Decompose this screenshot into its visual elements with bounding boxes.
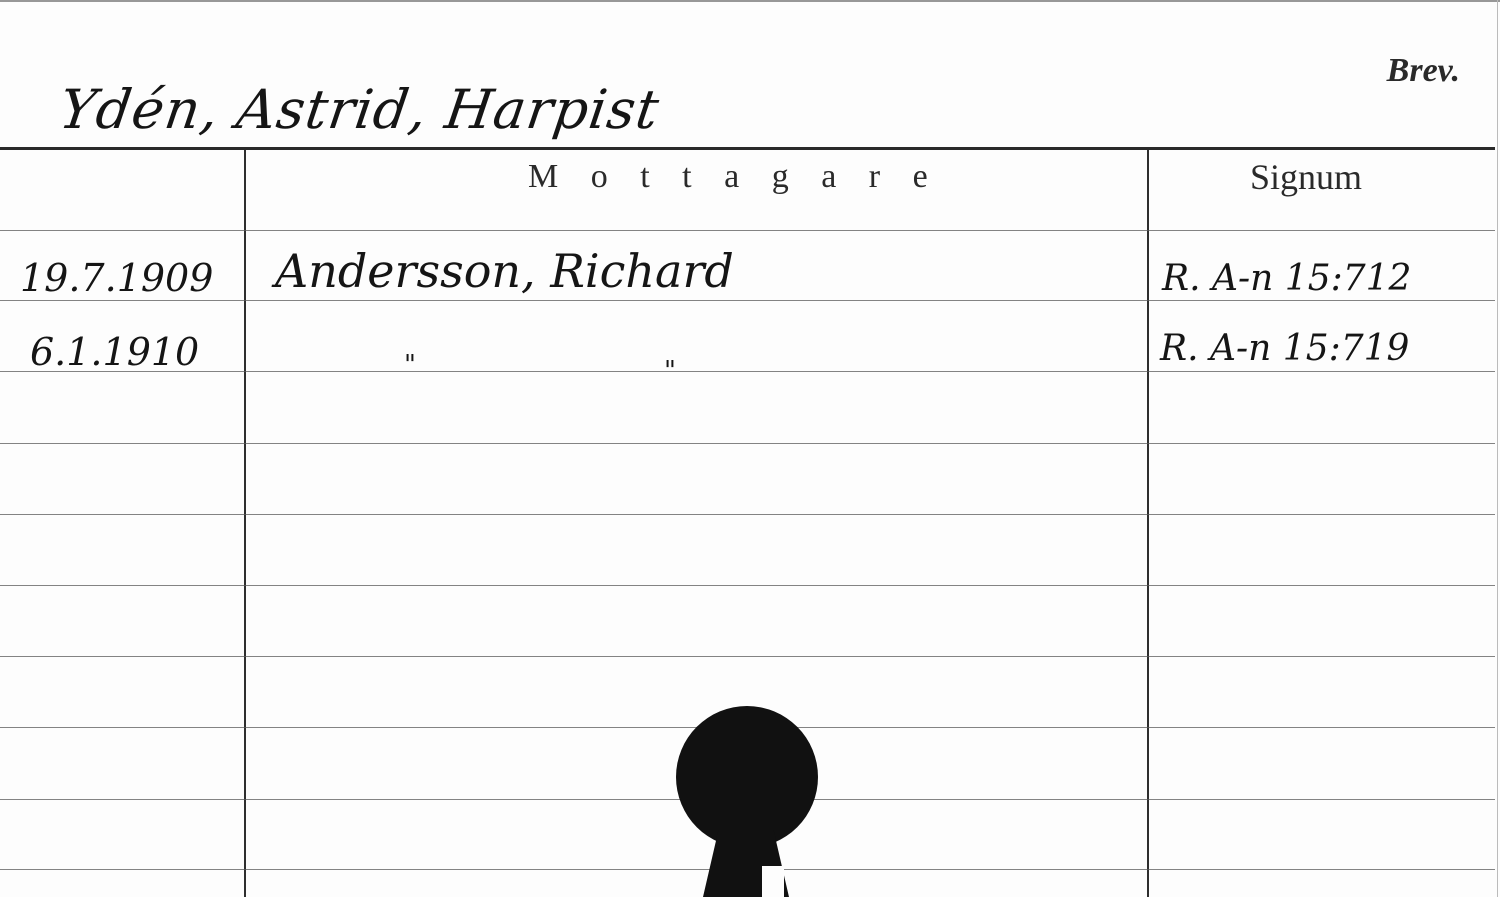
ditto-mark: " [404,350,416,380]
column-header-signum: Signum [1250,156,1362,198]
card-top-edge [0,0,1500,2]
column-divider-signum [1147,150,1149,897]
entry-signum: R. A-n 15:719 [1160,328,1409,369]
sender-name: Ydén, Astrid, Harpist [56,78,664,141]
column-divider-date [244,150,246,897]
row-line [0,371,1495,372]
index-card: Ydén, Astrid, Harpist Brev. M o t t a g … [0,0,1500,897]
keyhole-stem-notch [762,866,784,897]
card-right-edge [1497,0,1498,897]
entry-date: 19.7.1909 [20,256,213,300]
ditto-mark: " [664,356,676,386]
row-line [0,300,1495,301]
row-line [0,656,1495,657]
header-rule [0,147,1495,150]
column-header-recipient: M o t t a g a r e [528,158,940,196]
row-line [0,514,1495,515]
card-type-label: Brev. [1387,52,1460,90]
row-line [0,230,1495,231]
entry-recipient: Andersson, Richard [275,244,734,298]
keyhole-punch-icon [676,706,818,848]
entry-signum: R. A-n 15:712 [1162,258,1411,299]
row-line [0,443,1495,444]
row-line [0,585,1495,586]
entry-date: 6.1.1910 [30,330,199,374]
